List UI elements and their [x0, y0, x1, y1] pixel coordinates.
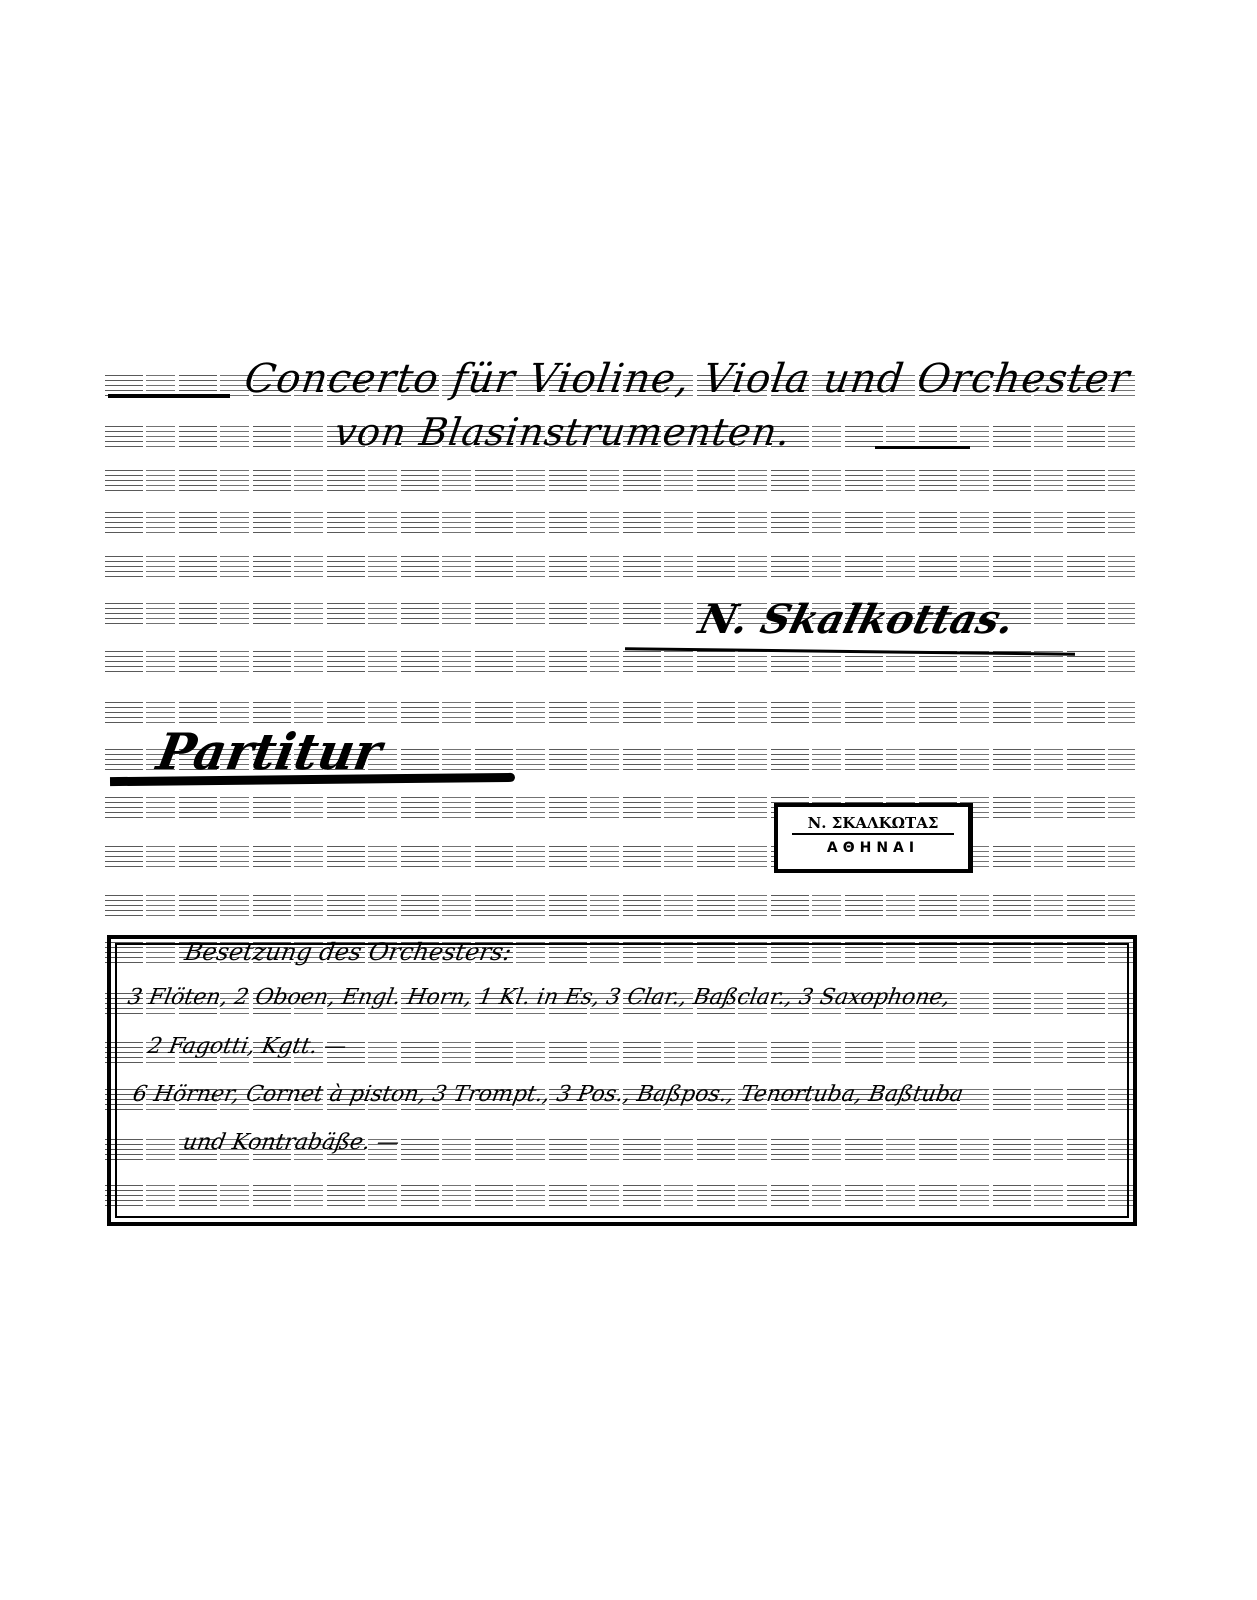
- title-tail-dash: [875, 446, 970, 449]
- staff-line: [105, 656, 1135, 657]
- staff-line: [105, 490, 1135, 491]
- staff-line: [105, 910, 1135, 911]
- staff: [105, 846, 1135, 868]
- staff-line: [105, 851, 1135, 852]
- staff-line: [105, 561, 1135, 562]
- instrumentation-heading: Besetzung des Orchesters:: [183, 938, 514, 966]
- staff-line: [105, 576, 1135, 577]
- title-lead-dash: [108, 394, 230, 398]
- staff-line: [105, 556, 1135, 557]
- staff-line: [105, 895, 1135, 896]
- staff-line: [105, 866, 1135, 867]
- staff: [105, 797, 1135, 819]
- manuscript-page: Concerto für Violine, Viola und Orcheste…: [0, 0, 1257, 1600]
- staff-line: [105, 661, 1135, 662]
- staff-line: [105, 485, 1135, 486]
- staff-line: [105, 671, 1135, 672]
- staff-line: [105, 797, 1135, 798]
- staff-line: [105, 566, 1135, 567]
- staff-line: [105, 532, 1135, 533]
- staff-line: [105, 571, 1135, 572]
- instrumentation-line: 2 Fagotti, Kgtt. —: [146, 1034, 349, 1059]
- staff-line: [105, 802, 1135, 803]
- stamp-city: ΑΘΗΝΑΙ: [778, 840, 968, 856]
- staff-line: [105, 861, 1135, 862]
- staff: [105, 556, 1135, 578]
- instrumentation-line: 6 Hörner, Cornet à piston, 3 Trompt., 3 …: [131, 1082, 965, 1107]
- staff-line: [105, 702, 1135, 703]
- staff-line: [105, 480, 1135, 481]
- staff-line: [105, 717, 1135, 718]
- staff-line: [105, 512, 1135, 513]
- staff: [105, 895, 1135, 917]
- staff-line: [105, 707, 1135, 708]
- instrumentation-box: [107, 935, 1137, 1226]
- staff: [105, 512, 1135, 534]
- owner-stamp: Ν. ΣΚΑΛΚΩΤΑΣ ΑΘΗΝΑΙ: [774, 803, 973, 873]
- staff-line: [105, 475, 1135, 476]
- staff-line: [105, 517, 1135, 518]
- staff-line: [105, 856, 1135, 857]
- title-line-2: von Blasinstrumenten.: [332, 410, 794, 454]
- staff: [105, 470, 1135, 492]
- staff-line: [105, 522, 1135, 523]
- staff-line: [105, 905, 1135, 906]
- staff-line: [105, 666, 1135, 667]
- staff: [105, 702, 1135, 724]
- staff-line: [105, 817, 1135, 818]
- staff-line: [105, 712, 1135, 713]
- staff-line: [105, 807, 1135, 808]
- composer-signature: N. Skalkottas.: [694, 596, 1019, 643]
- instrumentation-line: und Kontrabäße. —: [181, 1130, 401, 1155]
- staff-line: [105, 915, 1135, 916]
- staff-line: [105, 846, 1135, 847]
- stamp-name: Ν. ΣΚΑΛΚΩΤΑΣ: [792, 814, 954, 835]
- staff-line: [105, 527, 1135, 528]
- instrumentation-line: 3 Flöten, 2 Oboen, Engl. Horn, 1 Kl. in …: [126, 985, 952, 1010]
- staff-line: [105, 900, 1135, 901]
- staff-line: [105, 470, 1135, 471]
- title-line-1: Concerto für Violine, Viola und Orcheste…: [242, 356, 1133, 402]
- staff-line: [105, 812, 1135, 813]
- score-designation: Partitur: [153, 722, 386, 781]
